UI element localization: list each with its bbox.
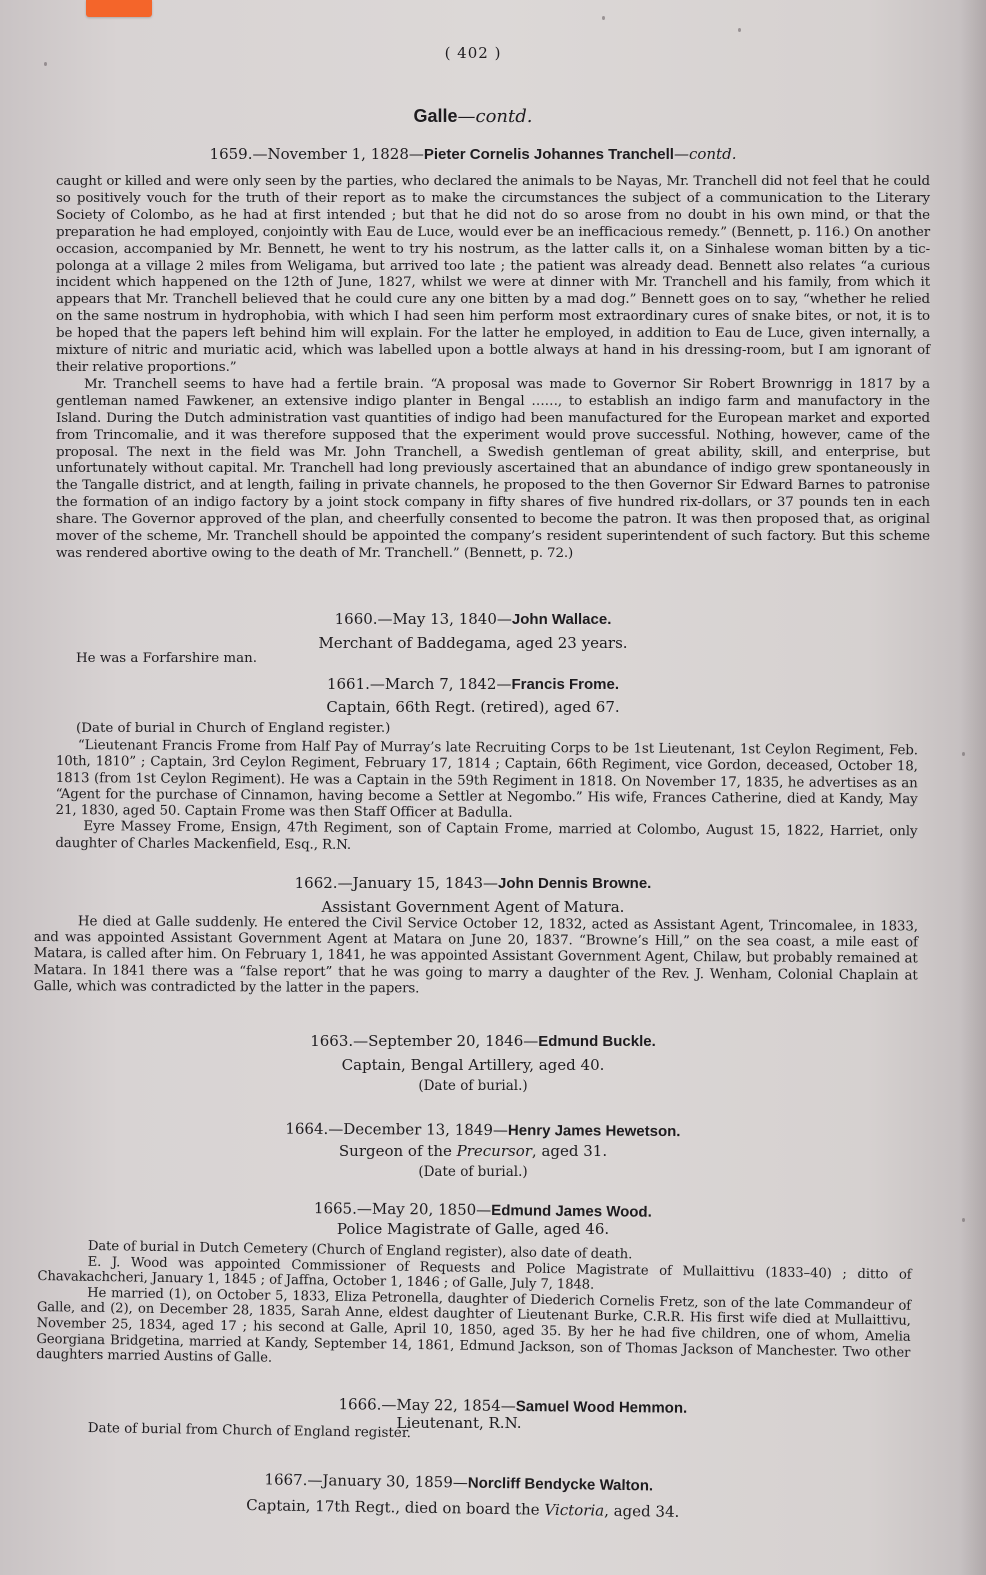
- paper-speck: [962, 752, 965, 756]
- entry-date: 1660.—May 13, 1840—: [335, 610, 512, 628]
- entry-subtitle-1667: Captain, 17th Regt., died on board the V…: [0, 1492, 936, 1525]
- entry-subtitle-1663: Captain, Bengal Artillery, aged 40.: [0, 1056, 946, 1074]
- entry-heading-1662: 1662.—January 15, 1843—John Dennis Brown…: [0, 874, 946, 892]
- paper-speck: [602, 16, 605, 20]
- entry-note-1664: (Date of burial.): [0, 1164, 946, 1180]
- subtitle-text: Surgeon of the: [339, 1142, 457, 1160]
- ship-name: Victoria: [544, 1501, 604, 1520]
- entry-name: Edmund James Wood.: [491, 1202, 652, 1221]
- entry-note-1661: (Date of burial in Church of England reg…: [76, 720, 390, 737]
- entry-name: Henry James Hewetson.: [508, 1122, 681, 1140]
- entry-heading-1659: 1659.—November 1, 1828—Pieter Cornelis J…: [0, 145, 946, 163]
- entry-name: Pieter Cornelis Johannes Tranchell: [424, 146, 674, 163]
- entry-name: Edmund Buckle.: [538, 1033, 656, 1050]
- entry-date: 1666.—May 22, 1854—: [338, 1395, 515, 1415]
- document-page: ( 402 ) Galle—contd. 1659.—November 1, 1…: [0, 0, 986, 1575]
- entry-date: 1661.—March 7, 1842—: [327, 675, 512, 693]
- entry-body-1662: He died at Galle suddenly. He entered th…: [34, 914, 918, 1000]
- entry-heading-1660: 1660.—May 13, 1840—John Wallace.: [0, 610, 946, 628]
- entry-date: 1663.—September 20, 1846—: [310, 1032, 538, 1050]
- entry-date: 1665.—May 20, 1850—: [314, 1199, 491, 1219]
- entry-note-1663: (Date of burial.): [0, 1078, 946, 1094]
- paragraph: caught or killed and were only seen by t…: [56, 174, 930, 377]
- paragraph: Eyre Massey Frome, Ensign, 47th Regiment…: [55, 819, 917, 857]
- entry-heading-1663: 1663.—September 20, 1846—Edmund Buckle.: [10, 1032, 956, 1050]
- entry-date: 1659.—November 1, 1828—: [210, 145, 424, 163]
- subtitle-text: Captain, 17th Regt., died on board the: [246, 1496, 544, 1519]
- orange-page-tab: [86, 0, 152, 17]
- section-title: Galle—contd.: [0, 106, 946, 127]
- entry-subtitle-1662: Assistant Government Agent of Matura.: [0, 898, 946, 916]
- entry-date: 1664.—December 13, 1849—: [285, 1120, 508, 1139]
- entry-name: John Dennis Browne.: [498, 875, 651, 892]
- subtitle-text: , aged 31.: [532, 1142, 607, 1160]
- entry-name-suffix: —contd.: [674, 145, 737, 163]
- entry-subtitle-1664: Surgeon of the Precursor, aged 31.: [0, 1142, 946, 1160]
- entry-subtitle-1665: Police Magistrate of Galle, aged 46.: [0, 1220, 946, 1238]
- entry-name: Francis Frome.: [511, 676, 619, 693]
- entry-name: Norcliff Bendycke Walton.: [468, 1475, 654, 1495]
- paragraph: He married (1), on October 5, 1833, Eliz…: [36, 1285, 911, 1377]
- entry-subtitle-1661: Captain, 66th Regt. (retired), aged 67.: [0, 698, 946, 716]
- paragraph: “Lieutenant Francis Frome from Half Pay …: [56, 738, 918, 825]
- ship-name: Precursor: [457, 1142, 532, 1160]
- page-number: ( 402 ): [0, 44, 946, 62]
- paragraph: He died at Galle suddenly. He entered th…: [34, 914, 918, 1000]
- paper-speck: [738, 28, 741, 32]
- paragraph: Mr. Tranchell seems to have had a fertil…: [56, 377, 930, 563]
- entry-heading-1661: 1661.—March 7, 1842—Francis Frome.: [0, 675, 946, 693]
- entry-body-1661: “Lieutenant Francis Frome from Half Pay …: [55, 738, 918, 857]
- entry-note-1660: He was a Forfarshire man.: [76, 650, 257, 667]
- entry-date: 1667.—January 30, 1859—: [264, 1470, 468, 1491]
- paper-speck: [44, 62, 47, 66]
- entry-body-1665: Date of burial in Dutch Cemetery (Church…: [36, 1238, 912, 1376]
- entry-body-1659: caught or killed and were only seen by t…: [56, 174, 930, 563]
- section-title-suffix: —contd.: [458, 106, 533, 127]
- entry-name: John Wallace.: [512, 611, 611, 628]
- subtitle-text: , aged 34.: [604, 1502, 679, 1521]
- section-title-text: Galle: [413, 106, 457, 126]
- entry-date: 1662.—January 15, 1843—: [295, 874, 498, 892]
- entry-heading-1664: 1664.—December 13, 1849—Henry James Hewe…: [10, 1118, 956, 1142]
- paper-speck: [962, 1218, 965, 1222]
